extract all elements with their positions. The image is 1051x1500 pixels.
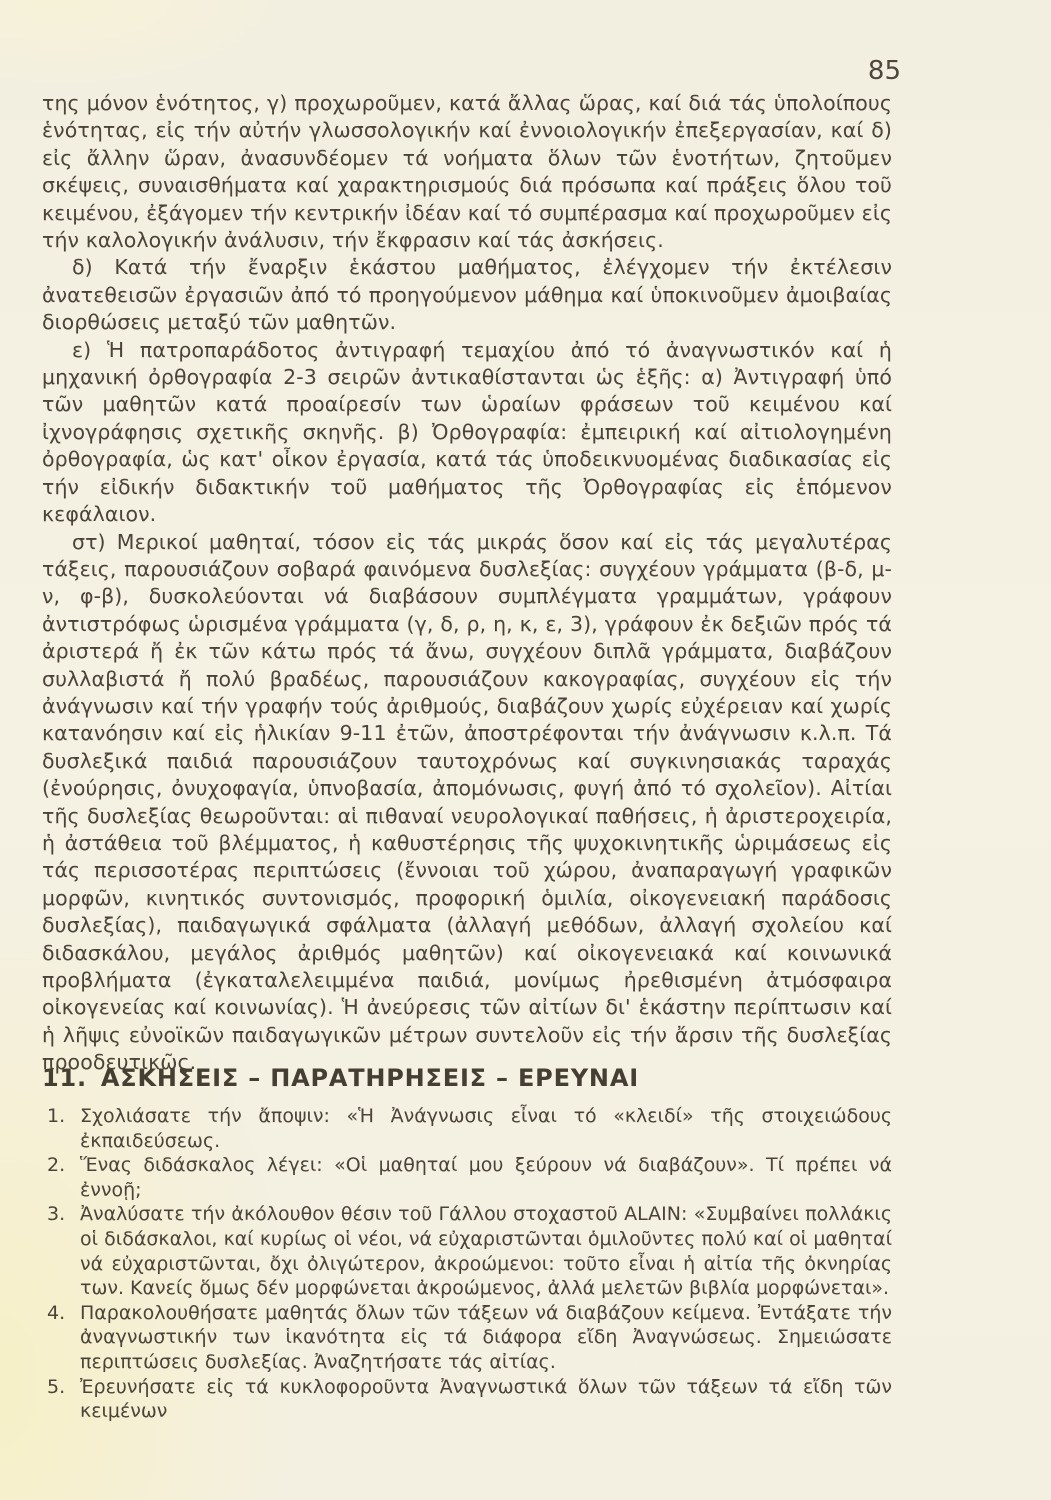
exercise-item: 2. Ἕνας διδάσκαλος λέγει: «Οἱ μαθηταί μο… bbox=[47, 1153, 892, 1202]
exercise-number: 1. bbox=[47, 1104, 75, 1129]
section-heading-number: 11. bbox=[42, 1064, 87, 1092]
exercise-text: Ἀναλύσατε τήν ἀκόλουθον θέσιν τοῦ Γάλλου… bbox=[80, 1203, 892, 1299]
body-paragraph: ε) Ἡ πατροπαράδοτος ἀντιγραφή τεμαχίου ἀ… bbox=[42, 337, 892, 529]
page-number: 85 bbox=[868, 56, 901, 86]
exercise-item: 3. Ἀναλύσατε τήν ἀκόλουθον θέσιν τοῦ Γάλ… bbox=[47, 1202, 892, 1300]
exercise-text: Ἐρευνήσατε εἰς τά κυκλοφοροῦντα Ἀναγνωστ… bbox=[80, 1376, 892, 1423]
body-paragraph: δ) Κατά τήν ἔναρξιν ἑκάστου μαθήματος, ἐ… bbox=[42, 254, 892, 336]
scanned-book-page: 85 της μόνον ἑνότητος, γ) προχωροῦμεν, κ… bbox=[0, 0, 1051, 1500]
section-heading-title: ΑΣΚΗΣΕΙΣ – ΠΑΡΑΤΗΡΗΣΕΙΣ – ΕΡΕΥΝΑΙ bbox=[101, 1064, 639, 1092]
exercise-item: 5. Ἐρευνήσατε εἰς τά κυκλοφοροῦντα Ἀναγν… bbox=[47, 1375, 892, 1424]
exercise-list: 1. Σχολιάσατε τήν ἄποψιν: «Ἡ Ἀνάγνωσις ε… bbox=[47, 1104, 892, 1424]
body-paragraph: στ) Μερικοί μαθηταί, τόσον εἰς τάς μικρά… bbox=[42, 529, 892, 1077]
body-paragraph: της μόνον ἑνότητος, γ) προχωροῦμεν, κατά… bbox=[42, 90, 892, 254]
exercise-number: 3. bbox=[47, 1202, 75, 1227]
exercise-number: 4. bbox=[47, 1301, 75, 1326]
exercise-number: 2. bbox=[47, 1153, 75, 1178]
exercise-item: 1. Σχολιάσατε τήν ἄποψιν: «Ἡ Ἀνάγνωσις ε… bbox=[47, 1104, 892, 1153]
exercise-item: 4. Παρακολουθήσατε μαθητάς ὅλων τῶν τάξε… bbox=[47, 1301, 892, 1375]
section-heading: 11.ΑΣΚΗΣΕΙΣ – ΠΑΡΑΤΗΡΗΣΕΙΣ – ΕΡΕΥΝΑΙ bbox=[42, 1064, 892, 1092]
body-text: της μόνον ἑνότητος, γ) προχωροῦμεν, κατά… bbox=[42, 90, 892, 1077]
exercise-text: Σχολιάσατε τήν ἄποψιν: «Ἡ Ἀνάγνωσις εἶνα… bbox=[80, 1105, 892, 1152]
exercise-text: Παρακολουθήσατε μαθητάς ὅλων τῶν τάξεων … bbox=[80, 1302, 892, 1373]
exercise-number: 5. bbox=[47, 1375, 75, 1400]
exercise-text: Ἕνας διδάσκαλος λέγει: «Οἱ μαθηταί μου ξ… bbox=[80, 1154, 892, 1201]
